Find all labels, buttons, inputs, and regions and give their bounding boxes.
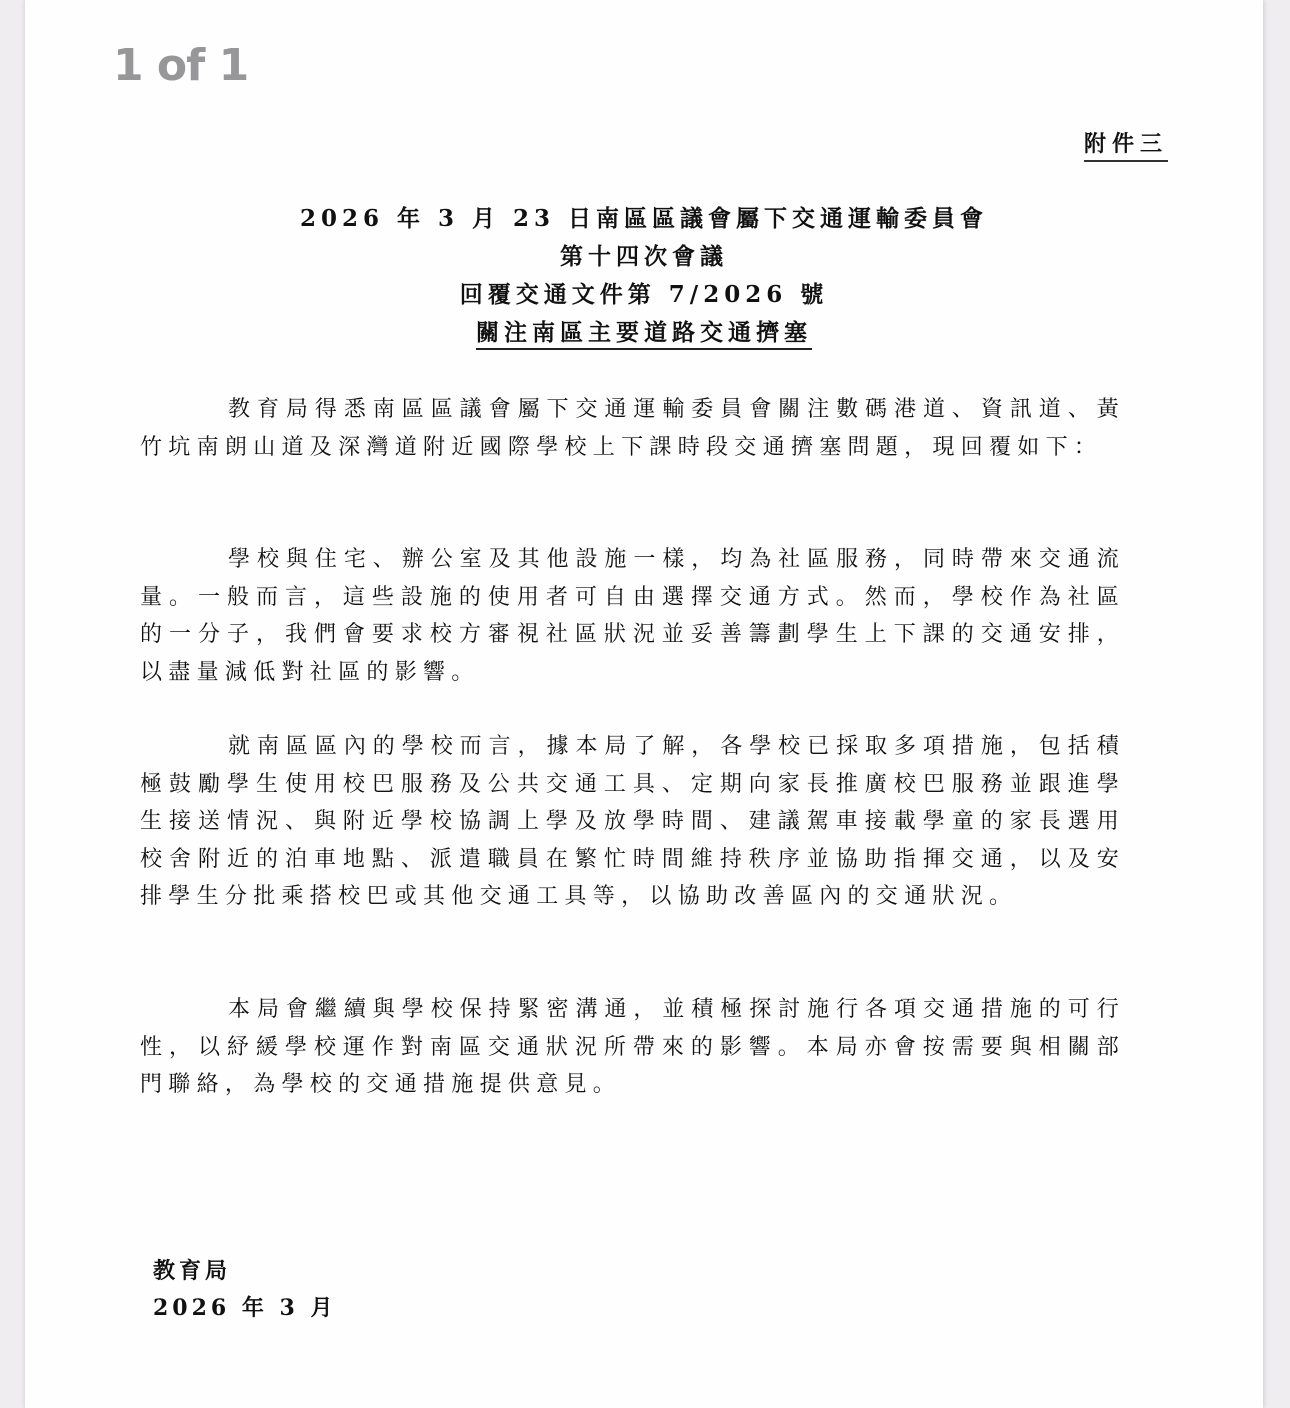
document-page: 1 of 1 附件三 2026 年 3 月 23 日南區區議會屬下交通運輸委員會…: [25, 0, 1263, 1408]
heading-subject-text: 關注南區主要道路交通擠塞: [476, 319, 812, 350]
heading-meeting-date: 2026 年 3 月 23 日南區區議會屬下交通運輸委員會: [25, 200, 1263, 238]
paragraph-4: 本局會繼續與學校保持緊密溝通，並積極探討施行各項交通措施的可行性，以紓緩學校運作…: [140, 991, 1125, 1104]
signature-issuer: 教育局: [153, 1253, 337, 1290]
heading-paper-number: 回覆交通文件第 7/2026 號: [25, 276, 1263, 314]
paragraph-3: 就南區區內的學校而言，據本局了解，各學校已採取多項措施，包括積極鼓勵學生使用校巴…: [140, 728, 1125, 916]
paragraph-3-text: 就南區區內的學校而言，據本局了解，各學校已採取多項措施，包括積極鼓勵學生使用校巴…: [140, 728, 1125, 916]
page-indicator: 1 of 1: [113, 40, 248, 91]
signature-date: 2026 年 3 月: [153, 1290, 337, 1327]
heading-subject: 關注南區主要道路交通擠塞: [25, 314, 1263, 352]
signature-block: 教育局 2026 年 3 月: [153, 1253, 337, 1327]
paragraph-1-text: 教育局得悉南區區議會屬下交通運輸委員會關注數碼港道、資訊道、黃竹坑南朗山道及深灣…: [140, 391, 1125, 466]
paragraph-2-text: 學校與住宅、辦公室及其他設施一樣，均為社區服務，同時帶來交通流量。一般而言，這些…: [140, 541, 1125, 691]
document-heading: 2026 年 3 月 23 日南區區議會屬下交通運輸委員會 第十四次會議 回覆交…: [25, 200, 1263, 352]
paragraph-1: 教育局得悉南區區議會屬下交通運輸委員會關注數碼港道、資訊道、黃竹坑南朗山道及深灣…: [140, 391, 1125, 466]
paragraph-4-text: 本局會繼續與學校保持緊密溝通，並積極探討施行各項交通措施的可行性，以紓緩學校運作…: [140, 991, 1125, 1104]
annex-label: 附件三: [1084, 130, 1168, 162]
paragraph-2: 學校與住宅、辦公室及其他設施一樣，均為社區服務，同時帶來交通流量。一般而言，這些…: [140, 541, 1125, 691]
heading-meeting-number: 第十四次會議: [25, 238, 1263, 276]
